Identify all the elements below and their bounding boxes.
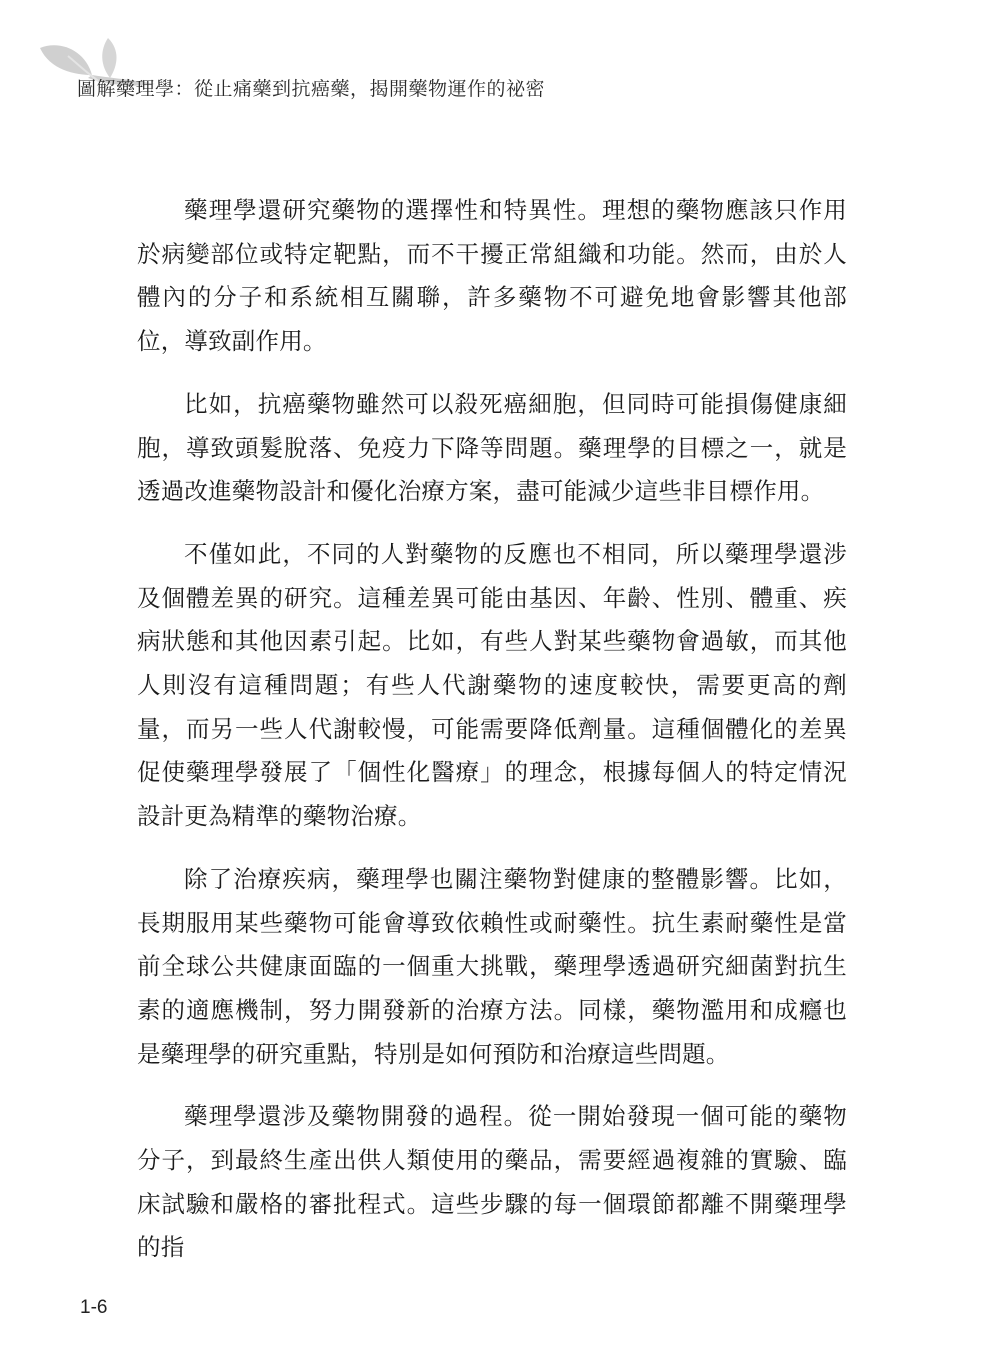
paragraph: 比如，抗癌藥物雖然可以殺死癌細胞，但同時可能損傷健康細胞，導致頭髮脫落、免疫力下…	[137, 383, 847, 514]
paragraph: 除了治療疾病，藥理學也關注藥物對健康的整體影響。比如，長期服用某些藥物可能會導致…	[137, 858, 847, 1077]
paragraph: 藥理學還研究藥物的選擇性和特異性。理想的藥物應該只作用於病變部位或特定靶點，而不…	[137, 189, 847, 364]
body-text: 藥理學還研究藥物的選擇性和特異性。理想的藥物應該只作用於病變部位或特定靶點，而不…	[137, 189, 847, 1289]
page-number: 1-6	[80, 1297, 107, 1319]
page-header: 圖解藥理學：從止痛藥到抗癌藥，揭開藥物運作的祕密	[0, 0, 1000, 110]
paragraph: 藥理學還涉及藥物開發的過程。從一開始發現一個可能的藥物分子，到最終生產出供人類使…	[137, 1095, 847, 1270]
paragraph: 不僅如此，不同的人對藥物的反應也不相同，所以藥理學還涉及個體差異的研究。這種差異…	[137, 533, 847, 839]
running-title: 圖解藥理學：從止痛藥到抗癌藥，揭開藥物運作的祕密	[77, 74, 545, 101]
